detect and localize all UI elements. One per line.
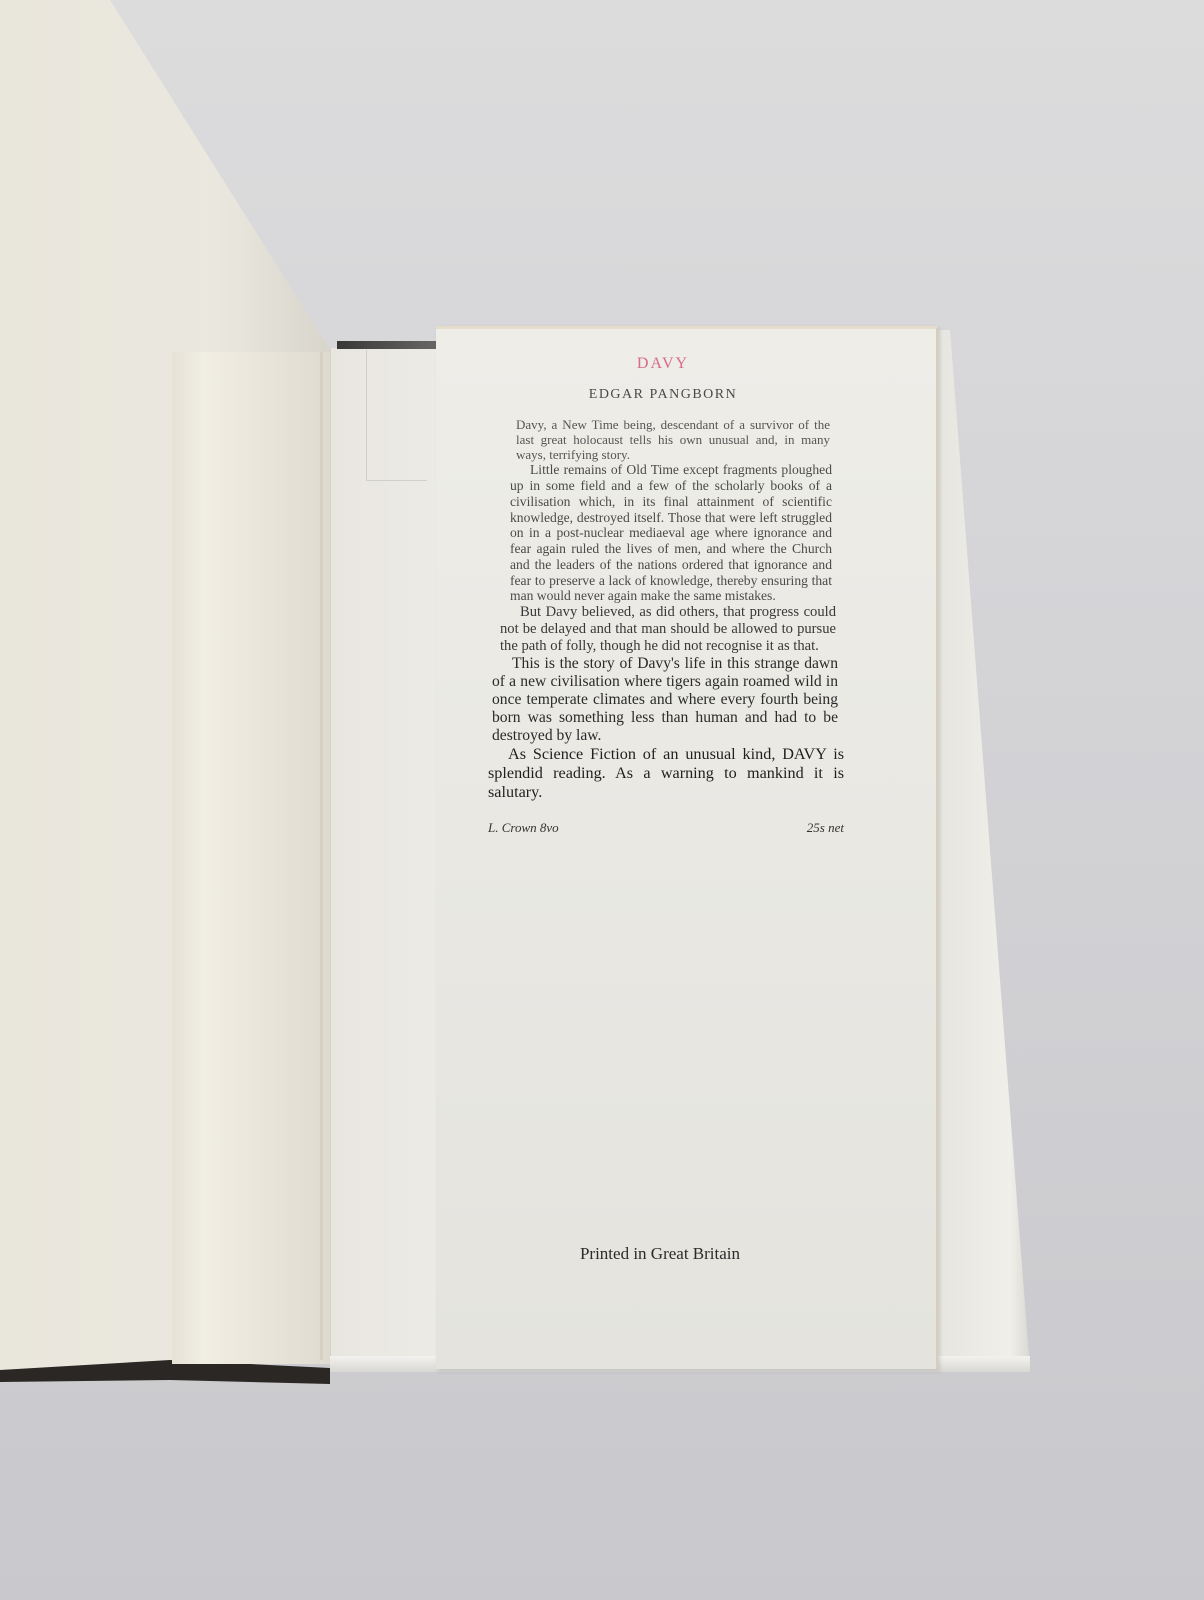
book-title: DAVY	[488, 355, 838, 373]
blurb-paragraph: Little remains of Old Time except fragme…	[488, 462, 838, 604]
book-price: 25s net	[807, 820, 844, 836]
jacket-fold	[330, 348, 441, 1366]
printed-in-imprint: Printed in Great Britain	[560, 1244, 760, 1264]
flap-footer: L. Crown 8vo 25s net	[488, 820, 844, 836]
blurb-paragraph: This is the story of Davy's life in this…	[488, 655, 838, 745]
tape-mark	[366, 350, 427, 481]
blurb-paragraph: Davy, a New Time being, descendant of a …	[488, 417, 838, 462]
board-right-edge	[930, 330, 1030, 1370]
blurb: Davy, a New Time being, descendant of a …	[488, 417, 838, 802]
hinge-line	[320, 352, 323, 1360]
book-photo-scene: DAVY EDGAR PANGBORN Davy, a New Time bei…	[0, 0, 1204, 1600]
book-author: EDGAR PANGBORN	[488, 387, 838, 403]
book-format: L. Crown 8vo	[488, 820, 559, 836]
book-gutter	[172, 352, 332, 1364]
flap-text-block: DAVY EDGAR PANGBORN Davy, a New Time bei…	[488, 355, 838, 836]
board-top-edge	[337, 341, 445, 349]
blurb-paragraph: But Davy believed, as did others, that p…	[488, 604, 838, 655]
blurb-paragraph: As Science Fiction of an unusual kind, D…	[488, 745, 844, 801]
